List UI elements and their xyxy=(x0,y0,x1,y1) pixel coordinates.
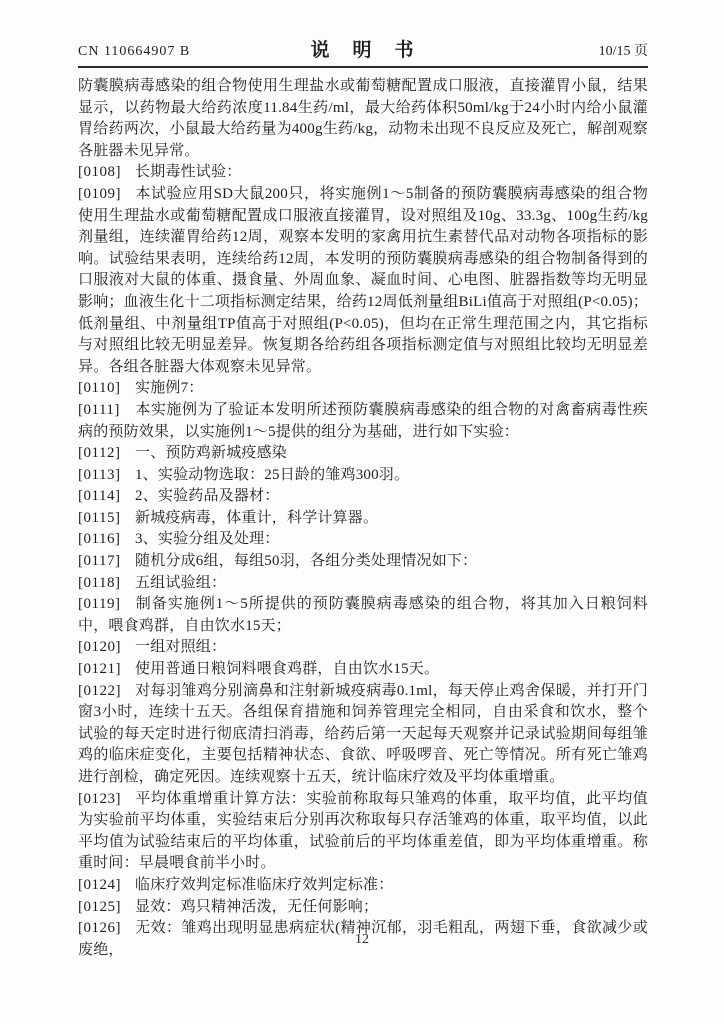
paragraph: [0108]长期毒性试验： xyxy=(78,162,648,184)
paragraph-text: 平均体重增重计算方法：实验前称取每只雏鸡的体重，取平均值，此平均值为实验前平均体… xyxy=(78,791,648,872)
paragraph: [0113]1、实验动物选取：25日龄的雏鸡300羽。 xyxy=(78,465,648,487)
paragraph-text: 使用普通日粮饲料喂食鸡群，自由饮水15天。 xyxy=(135,661,439,677)
paragraph-tag: [0123] xyxy=(78,789,135,811)
paragraph-tag: [0119] xyxy=(78,594,135,616)
paragraph-text: 1、实验动物选取：25日龄的雏鸡300羽。 xyxy=(135,467,409,483)
paragraph-tag: [0117] xyxy=(78,551,135,573)
paragraph-text: 新城疫病毒，体重计，科学计算器。 xyxy=(135,510,378,526)
paragraph: [0118]五组试验组： xyxy=(78,573,648,595)
paragraph: [0122]对每羽雏鸡分别滴鼻和注射新城疫病毒0.1ml，每天停止鸡舍保暖，并打… xyxy=(78,681,648,789)
paragraph: [0115]新城疫病毒，体重计，科学计算器。 xyxy=(78,508,648,530)
paragraph: [0116]3、实验分组及处理： xyxy=(78,529,648,551)
specification-body: 防囊膜病毒感染的组合物使用生理盐水或葡萄糖配置成口服液，直接灌胃小鼠，结果显示，… xyxy=(78,76,648,961)
page-indicator: 10/15 页 xyxy=(599,40,648,60)
paragraph: [0119]制备实施例1～5所提供的预防囊膜病毒感染的组合物，将其加入日粮饲料中… xyxy=(78,594,648,637)
paragraph-text: 一、预防鸡新城疫感染 xyxy=(135,445,287,461)
paragraph: 防囊膜病毒感染的组合物使用生理盐水或葡萄糖配置成口服液，直接灌胃小鼠，结果显示，… xyxy=(78,76,648,162)
paragraph: [0123]平均体重增重计算方法：实验前称取每只雏鸡的体重，取平均值，此平均值为… xyxy=(78,789,648,875)
paragraph-text: 本试验应用SD大鼠200只，将实施例1～5制备的预防囊膜病毒感染的组合物使用生理… xyxy=(78,186,648,375)
paragraph-tag: [0121] xyxy=(78,659,135,681)
paragraph-text: 防囊膜病毒感染的组合物使用生理盐水或葡萄糖配置成口服液，直接灌胃小鼠，结果显示，… xyxy=(78,78,648,159)
page-footer: 12 xyxy=(0,932,724,948)
paragraph: [0124]临床疗效判定标准临床疗效判定标准： xyxy=(78,875,648,897)
paragraph-tag: [0108] xyxy=(78,162,135,184)
paragraph-text: 随机分成6组，每组50羽，各组分类处理情况如下： xyxy=(135,553,477,569)
paragraph-tag: [0125] xyxy=(78,897,135,919)
document-title: 说 明 书 xyxy=(78,35,648,62)
paragraph-text: 实施例7： xyxy=(135,380,204,396)
paragraph: [0114]2、实验药品及器材： xyxy=(78,486,648,508)
paragraph-tag: [0115] xyxy=(78,508,135,530)
paragraph-text: 3、实验分组及处理： xyxy=(135,531,280,547)
page-number: 12 xyxy=(355,932,369,947)
paragraph-tag: [0109] xyxy=(78,184,135,206)
paragraph-text: 本实施例为了验证本发明所述预防囊膜病毒感染的组合物的对禽畜病毒性疾病的预防效果，… xyxy=(78,402,648,440)
paragraph-tag: [0124] xyxy=(78,875,135,897)
paragraph-text: 对每羽雏鸡分别滴鼻和注射新城疫病毒0.1ml，每天停止鸡舍保暖，并打开门窗3小时… xyxy=(78,683,648,785)
patent-specification-page: CN 110664907 B 说 明 书 10/15 页 防囊膜病毒感染的组合物… xyxy=(0,0,724,1024)
paragraph-text: 临床疗效判定标准临床疗效判定标准： xyxy=(135,877,393,893)
paragraph-tag: [0110] xyxy=(78,378,135,400)
paragraph-text: 显效：鸡只精神活泼，无任何影响； xyxy=(135,899,378,915)
paragraph: [0111]本实施例为了验证本发明所述预防囊膜病毒感染的组合物的对禽畜病毒性疾病… xyxy=(78,400,648,443)
paragraph-tag: [0120] xyxy=(78,637,135,659)
paragraph: [0121]使用普通日粮饲料喂食鸡群，自由饮水15天。 xyxy=(78,659,648,681)
paragraph: [0117]随机分成6组，每组50羽，各组分类处理情况如下： xyxy=(78,551,648,573)
paragraph: [0125]显效：鸡只精神活泼，无任何影响； xyxy=(78,897,648,919)
paragraph-tag: [0122] xyxy=(78,681,135,703)
paragraph: [0110]实施例7： xyxy=(78,378,648,400)
paragraph-tag: [0113] xyxy=(78,465,135,487)
paragraph-tag: [0112] xyxy=(78,443,135,465)
paragraph-tag: [0114] xyxy=(78,486,135,508)
paragraph: [0109]本试验应用SD大鼠200只，将实施例1～5制备的预防囊膜病毒感染的组… xyxy=(78,184,648,378)
paragraph-tag: [0118] xyxy=(78,573,135,595)
paragraph-text: 五组试验组： xyxy=(135,575,226,591)
paragraph: [0112]一、预防鸡新城疫感染 xyxy=(78,443,648,465)
paragraph-tag: [0111] xyxy=(78,400,135,422)
paragraph-tag: [0116] xyxy=(78,529,135,551)
paragraph: [0120]一组对照组： xyxy=(78,637,648,659)
paragraph-text: 制备实施例1～5所提供的预防囊膜病毒感染的组合物，将其加入日粮饲料中，喂食鸡群，… xyxy=(78,596,648,634)
page-header: CN 110664907 B 说 明 书 10/15 页 xyxy=(78,38,648,68)
paragraph-text: 2、实验药品及器材： xyxy=(135,488,280,504)
paragraph-text: 长期毒性试验： xyxy=(135,164,241,180)
paragraph-text: 一组对照组： xyxy=(135,639,226,655)
